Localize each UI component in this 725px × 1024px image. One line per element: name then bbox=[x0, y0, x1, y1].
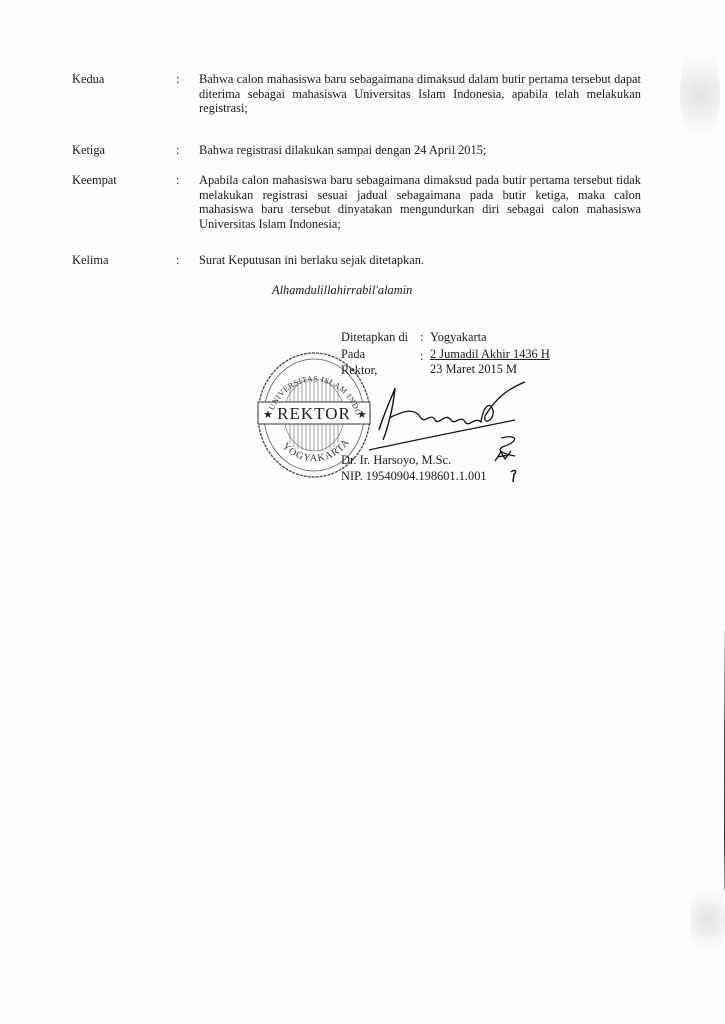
date-label: Pada bbox=[341, 347, 365, 362]
decision-colon: : bbox=[176, 72, 179, 87]
decision-label: Keempat bbox=[72, 173, 117, 188]
decision-label: Kedua bbox=[72, 72, 104, 87]
decision-label: Ketiga bbox=[72, 143, 105, 158]
document-page: Kedua : Bahwa calon mahasiswa baru sebag… bbox=[0, 0, 725, 1024]
decision-text: Apabila calon mahasiswa baru sebagaimana… bbox=[199, 173, 641, 231]
decision-colon: : bbox=[176, 173, 179, 188]
initial-mark-icon bbox=[509, 469, 519, 483]
place-colon: : bbox=[420, 330, 423, 345]
place-label: Ditetapkan di bbox=[341, 330, 408, 345]
decision-colon: : bbox=[176, 253, 179, 268]
scan-noise bbox=[690, 880, 725, 960]
svg-text:★: ★ bbox=[263, 409, 273, 421]
scan-noise bbox=[680, 40, 720, 150]
decision-text: Bahwa calon mahasiswa baru sebagaimana d… bbox=[199, 72, 641, 116]
decision-label: Kelima bbox=[72, 253, 108, 268]
decision-text: Bahwa registrasi dilakukan sampai dengan… bbox=[199, 143, 641, 158]
date-gregorian: 23 Maret 2015 M bbox=[430, 362, 517, 377]
initial-mark-icon bbox=[493, 449, 515, 465]
signatory-nip: NIP. 19540904.198601.1.001 bbox=[341, 469, 487, 484]
place-value: Yogyakarta bbox=[430, 330, 487, 345]
date-colon: : bbox=[420, 349, 423, 364]
svg-text:REKTOR: REKTOR bbox=[277, 404, 351, 423]
date-hijri: 2 Jumadil Akhir 1436 H bbox=[430, 347, 550, 362]
closing-text: Alhamdulillahirrabil'alamin bbox=[272, 283, 412, 298]
position-title: Rektor, bbox=[341, 363, 377, 378]
decision-colon: : bbox=[176, 143, 179, 158]
decision-text: Surat Keputusan ini berlaku sejak diteta… bbox=[199, 253, 641, 268]
signatory-name: Dr. Ir. Harsoyo, M.Sc. bbox=[341, 453, 451, 468]
